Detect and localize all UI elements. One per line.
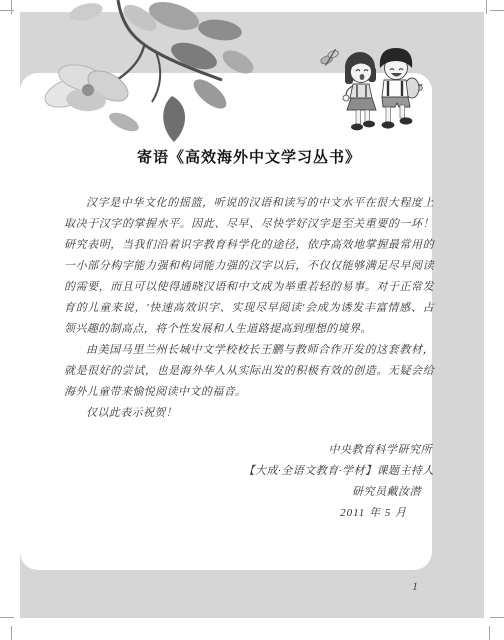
signature-block: 中央教育科学研究所 【大成·全语文教育·学材】课题主持人 研究员戴汝潜 2011…	[64, 440, 434, 524]
page-content: 寄语《高效海外中文学习丛书》 汉字是中华文化的摇篮，听说的汉语和读写的中文水平在…	[64, 145, 434, 524]
trim-mark-bottom-left-v	[11, 626, 12, 640]
girl-figure	[343, 52, 376, 130]
trim-mark-bottom-right-v	[489, 626, 490, 640]
boy-figure	[380, 48, 419, 129]
butterfly-icon	[320, 49, 341, 67]
signature-line: 中央教育科学研究所	[64, 440, 434, 461]
signature-line: 【大成·全语文教育·学材】课题主持人	[64, 461, 434, 482]
flower-branch-illustration	[22, 0, 254, 152]
body-paragraph: 汉字是中华文化的摇篮，听说的汉语和读写的中文水平在很大程度上取决于汉字的掌握水平…	[64, 193, 434, 340]
two-children-walking-illustration	[320, 40, 452, 140]
trim-mark-top-right-v	[486, 0, 487, 14]
book-page: { "title": "寄语《高效海外中文学习丛书》", "body": { "…	[0, 0, 504, 640]
body-paragraph: 仅以此表示祝贺！	[64, 403, 434, 424]
page-title: 寄语《高效海外中文学习丛书》	[64, 145, 434, 171]
signature-line: 2011 年 5 月	[64, 503, 434, 524]
trim-mark-top-right-h	[490, 10, 504, 11]
trim-mark-bottom-right-h	[490, 617, 504, 618]
body-text: 汉字是中华文化的摇篮，听说的汉语和读写的中文水平在很大程度上取决于汉字的掌握水平…	[64, 193, 434, 424]
trim-mark-top-left-v	[11, 0, 12, 14]
signature-line: 研究员戴汝潜	[64, 482, 434, 503]
body-paragraph: 由美国马里兰州长城中文学校校长王鹏与教师合作开发的这套教材，就是很好的尝试，也是…	[64, 340, 434, 403]
page-number: 1	[412, 579, 418, 594]
flower-branch-icon	[22, 0, 254, 152]
trim-mark-bottom-left-h	[0, 617, 14, 618]
